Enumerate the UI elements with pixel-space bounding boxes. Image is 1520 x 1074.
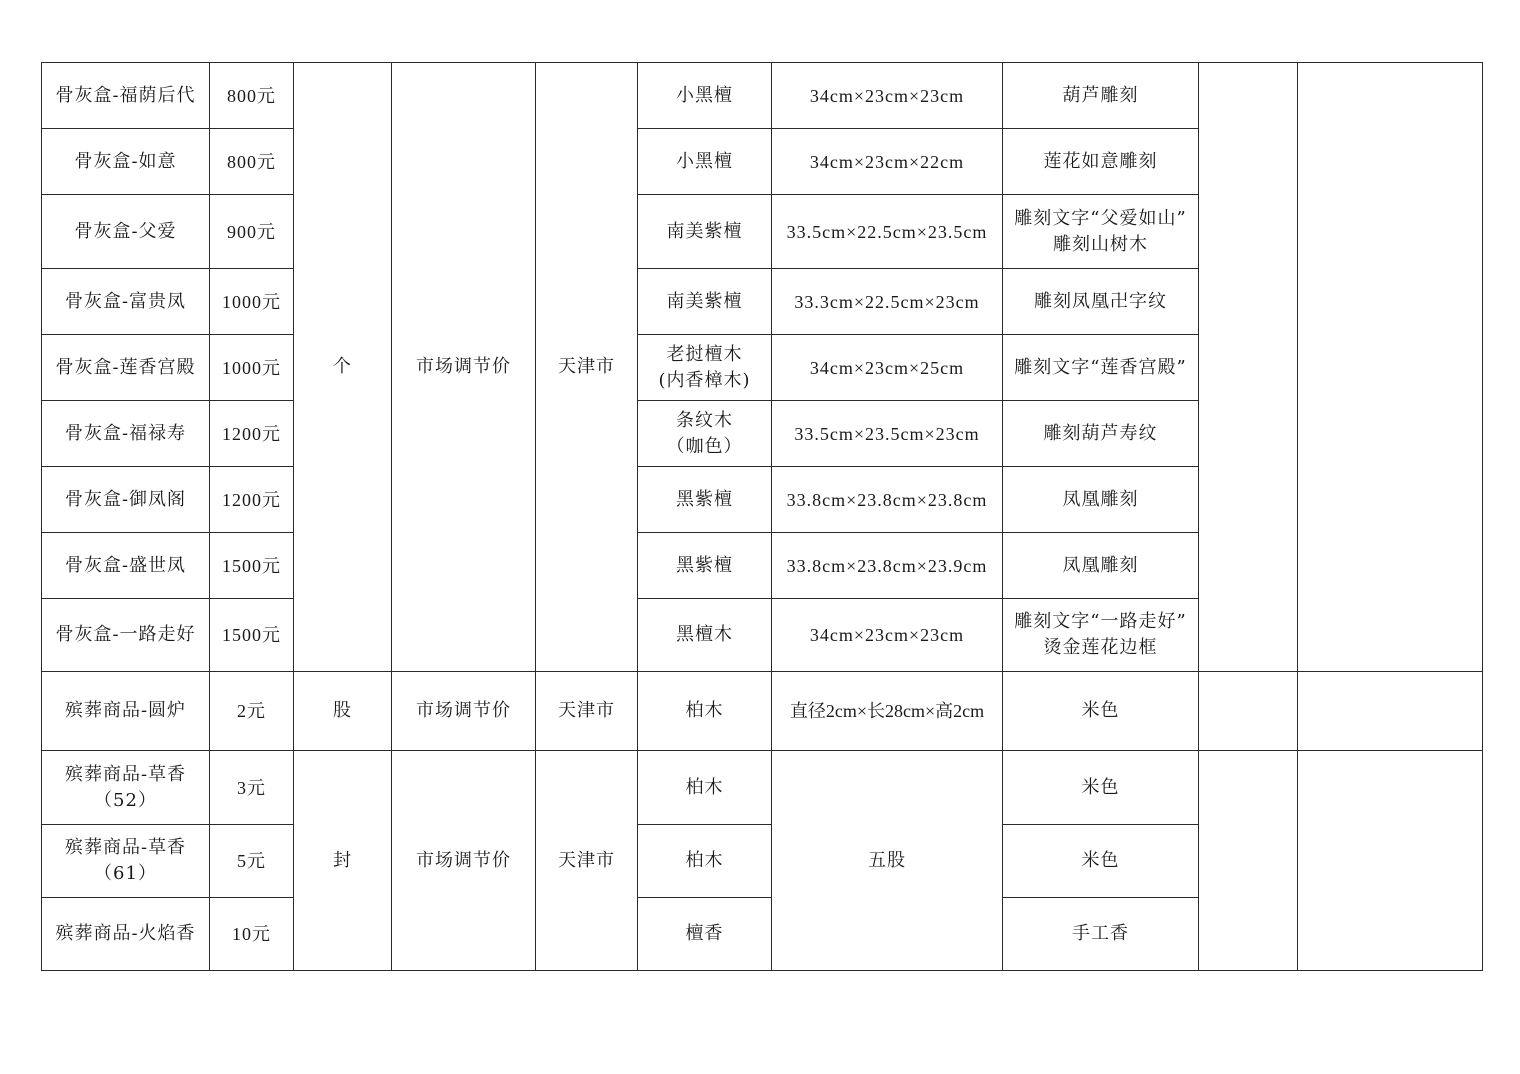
unit: 股: [294, 672, 392, 751]
size: 33.5cm×23.5cm×23cm: [772, 401, 1003, 467]
material: 条纹木 （咖色）: [638, 401, 772, 467]
material: 柏木: [638, 672, 772, 751]
feature: 米色: [1003, 825, 1199, 898]
product-name: 殡葬商品-草香 （52）: [42, 751, 210, 825]
price: 1200元: [210, 401, 294, 467]
material: 黑紫檀: [638, 467, 772, 533]
table-row: 骨灰盒-福荫后代 800元 个 市场调节价 天津市 小黑檀 34cm×23cm×…: [42, 63, 1483, 129]
empty-cell: [1199, 751, 1298, 971]
feature: 米色: [1003, 672, 1199, 751]
product-name: 骨灰盒-福荫后代: [42, 63, 210, 129]
feature: 凤凰雕刻: [1003, 533, 1199, 599]
feature: 雕刻文字“莲香宫殿”: [1003, 335, 1199, 401]
unit: 个: [294, 63, 392, 672]
material: 黑檀木: [638, 599, 772, 672]
empty-cell: [1199, 672, 1298, 751]
product-name: 殡葬商品-草香 （61）: [42, 825, 210, 898]
price-type: 市场调节价: [392, 63, 536, 672]
region: 天津市: [536, 63, 638, 672]
feature: 雕刻凤凰卍字纹: [1003, 269, 1199, 335]
price: 1500元: [210, 533, 294, 599]
price: 1000元: [210, 269, 294, 335]
material: 南美紫檀: [638, 195, 772, 269]
feature: 雕刻文字“父爱如山” 雕刻山树木: [1003, 195, 1199, 269]
product-name: 骨灰盒-父爱: [42, 195, 210, 269]
material: 黑紫檀: [638, 533, 772, 599]
product-name: 骨灰盒-如意: [42, 129, 210, 195]
product-name: 骨灰盒-富贵凤: [42, 269, 210, 335]
feature: 米色: [1003, 751, 1199, 825]
material: 柏木: [638, 825, 772, 898]
product-name: 骨灰盒-福禄寿: [42, 401, 210, 467]
product-name: 骨灰盒-莲香宫殿: [42, 335, 210, 401]
price: 1500元: [210, 599, 294, 672]
feature: 雕刻文字“一路走好” 烫金莲花边框: [1003, 599, 1199, 672]
size: 直径2cm×长28cm×高2cm: [772, 672, 1003, 751]
price: 1000元: [210, 335, 294, 401]
size: 33.3cm×22.5cm×23cm: [772, 269, 1003, 335]
unit: 封: [294, 751, 392, 971]
feature: 手工香: [1003, 898, 1199, 971]
price-table: 骨灰盒-福荫后代 800元 个 市场调节价 天津市 小黑檀 34cm×23cm×…: [41, 62, 1483, 971]
empty-cell: [1199, 63, 1298, 672]
material: 南美紫檀: [638, 269, 772, 335]
price: 1200元: [210, 467, 294, 533]
product-name: 骨灰盒-御凤阁: [42, 467, 210, 533]
table-row: 殡葬商品-圆炉 2元 股 市场调节价 天津市 柏木 直径2cm×长28cm×高2…: [42, 672, 1483, 751]
size: 34cm×23cm×22cm: [772, 129, 1003, 195]
material: 老挝檀木 (内香樟木): [638, 335, 772, 401]
price: 800元: [210, 63, 294, 129]
material: 柏木: [638, 751, 772, 825]
price: 10元: [210, 898, 294, 971]
material: 檀香: [638, 898, 772, 971]
table-row: 殡葬商品-草香 （52） 3元 封 市场调节价 天津市 柏木 五股 米色: [42, 751, 1483, 825]
size: 33.5cm×22.5cm×23.5cm: [772, 195, 1003, 269]
size: 33.8cm×23.8cm×23.9cm: [772, 533, 1003, 599]
feature: 莲花如意雕刻: [1003, 129, 1199, 195]
price-type: 市场调节价: [392, 672, 536, 751]
feature: 凤凰雕刻: [1003, 467, 1199, 533]
product-name: 殡葬商品-火焰香: [42, 898, 210, 971]
empty-cell: [1298, 63, 1483, 672]
empty-cell: [1298, 672, 1483, 751]
size: 五股: [772, 751, 1003, 971]
price: 900元: [210, 195, 294, 269]
price: 2元: [210, 672, 294, 751]
size: 34cm×23cm×25cm: [772, 335, 1003, 401]
price: 800元: [210, 129, 294, 195]
material: 小黑檀: [638, 129, 772, 195]
product-name: 骨灰盒-一路走好: [42, 599, 210, 672]
region: 天津市: [536, 672, 638, 751]
size: 33.8cm×23.8cm×23.8cm: [772, 467, 1003, 533]
product-name: 殡葬商品-圆炉: [42, 672, 210, 751]
region: 天津市: [536, 751, 638, 971]
price: 5元: [210, 825, 294, 898]
price: 3元: [210, 751, 294, 825]
empty-cell: [1298, 751, 1483, 971]
price-type: 市场调节价: [392, 751, 536, 971]
feature: 葫芦雕刻: [1003, 63, 1199, 129]
size: 34cm×23cm×23cm: [772, 599, 1003, 672]
product-name: 骨灰盒-盛世凤: [42, 533, 210, 599]
feature: 雕刻葫芦寿纹: [1003, 401, 1199, 467]
material: 小黑檀: [638, 63, 772, 129]
size: 34cm×23cm×23cm: [772, 63, 1003, 129]
